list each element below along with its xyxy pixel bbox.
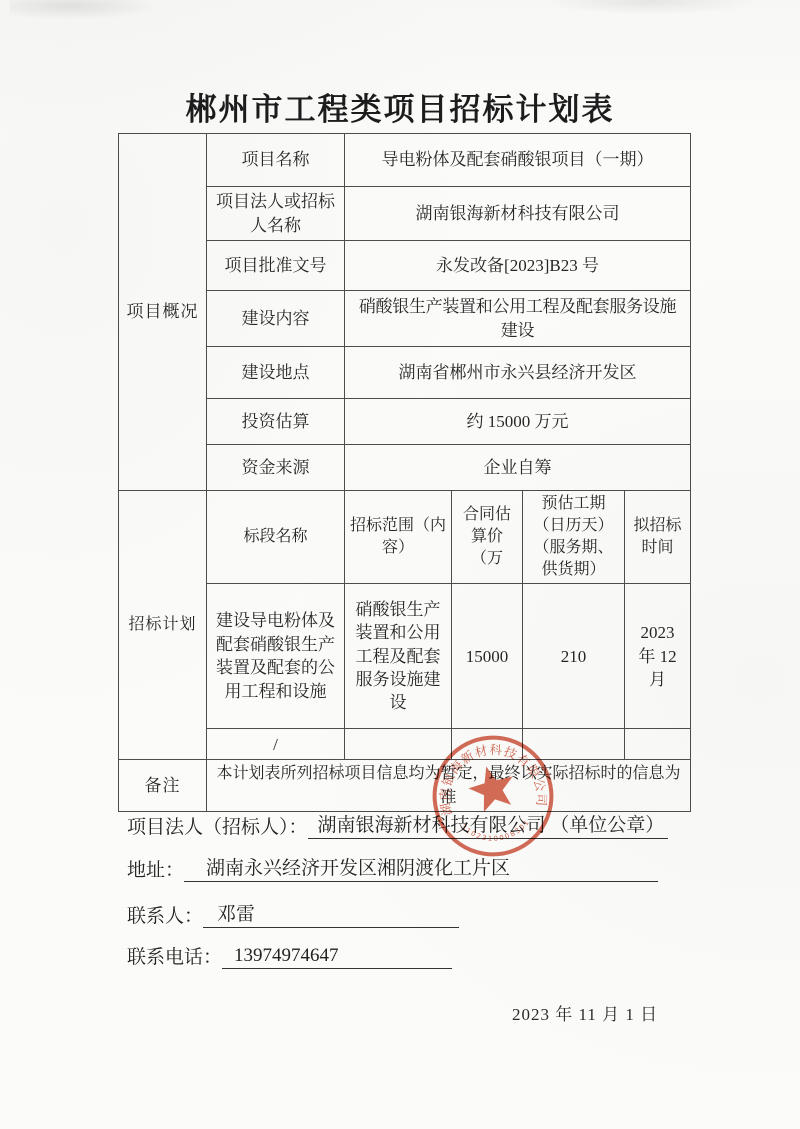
address-label: 地址：: [127, 855, 184, 882]
company-seal-stamp: 湖南银海新材科技有限公司 3102310008301: [406, 709, 579, 882]
section-label-project-overview: 项目概况: [119, 134, 207, 491]
label-investment-estimate: 投资估算: [207, 399, 345, 445]
table-row: 项目概况 项目名称 导电粉体及配套硝酸银项目（一期）: [119, 134, 691, 187]
header-bid-scope: 招标范围（内容）: [345, 491, 452, 584]
scan-ink-artifact: .|: [336, 760, 341, 775]
bid-plan-header-row: 招标计划 标段名称 招标范围（内容） 合同估算价（万 预估工期（日历天）（服务期…: [119, 491, 691, 584]
value-construction-content: 硝酸银生产装置和公用工程及配套服务设施建设: [345, 291, 691, 347]
cell-contract-price: 15000: [452, 584, 523, 729]
label-remark: 备注: [119, 760, 207, 811]
value-funding-source: 企业自筹: [345, 445, 691, 491]
contact-value: 邓雷: [203, 899, 459, 928]
legal-person-label: 项目法人（招标人）：: [127, 812, 308, 839]
contact-label: 联系人：: [127, 901, 203, 928]
cell-empty-segment: /: [207, 729, 345, 760]
document-date: 2023 年 11 月 1 日: [512, 1000, 658, 1025]
cell-bid-scope: 硝酸银生产装置和公用工程及配套服务设施建设: [345, 584, 452, 729]
phone-label: 联系电话：: [127, 942, 222, 969]
label-project-name: 项目名称: [207, 134, 345, 187]
scan-smudge-top-right: [545, 0, 755, 14]
page-title: 郴州市工程类项目招标计划表: [0, 84, 800, 129]
label-legal-person: 项目法人或招标人名称: [207, 187, 345, 241]
remark-row: 备注 本计划表所列招标项目信息均为暂定，最终以实际招标时的信息为 准: [119, 760, 691, 811]
value-legal-person: 湖南银海新材科技有限公司: [345, 187, 691, 241]
phone-line: 联系电话：13974974647: [127, 942, 452, 969]
header-contract-price: 合同估算价（万: [452, 491, 523, 584]
label-construction-site: 建设地点: [207, 347, 345, 399]
svg-text:3102310008301: 3102310008301: [459, 817, 533, 846]
contact-line: 联系人：邓雷: [127, 899, 459, 928]
label-funding-source: 资金来源: [207, 445, 345, 491]
header-estimated-duration: 预估工期（日历天）（服务期、供货期）: [523, 491, 625, 584]
value-construction-site: 湖南省郴州市永兴县经济开发区: [345, 347, 691, 399]
cell-bid-time: 2023 年 12 月: [625, 584, 691, 729]
header-bid-time: 拟招标时间: [625, 491, 691, 584]
value-approval-number: 永发改备[2023]B23 号: [345, 241, 691, 291]
seal-serial-number: 3102310008301: [459, 817, 533, 846]
label-approval-number: 项目批准文号: [207, 241, 345, 291]
cell-empty-bid-time: [625, 729, 691, 760]
phone-value: 13974974647: [222, 945, 452, 969]
legal-person-signature-line: 项目法人（招标人）：湖南银海新材科技有限公司 （单位公章）: [127, 810, 668, 839]
label-construction-content: 建设内容: [207, 291, 345, 347]
value-investment-estimate: 约 15000 万元: [345, 399, 691, 445]
cell-segment-name: 建设导电粉体及配套硝酸银生产装置及配套的公用工程和设施: [207, 584, 345, 729]
header-segment-name: 标段名称: [207, 491, 345, 584]
scan-smudge-top-left: [10, 0, 160, 20]
section-label-bid-plan: 招标计划: [119, 491, 207, 760]
value-project-name: 导电粉体及配套硝酸银项目（一期）: [345, 134, 691, 187]
seal-star-icon: [464, 761, 519, 815]
cell-duration: 210: [523, 584, 625, 729]
bidding-plan-table: 项目概况 项目名称 导电粉体及配套硝酸银项目（一期） 项目法人或招标人名称 湖南…: [118, 133, 691, 812]
